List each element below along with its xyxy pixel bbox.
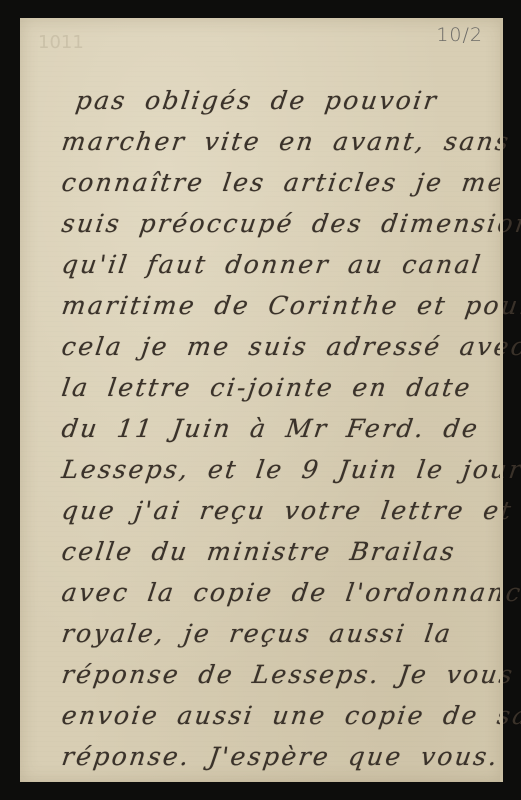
text-line-4: suis préoccupé des dimensions bbox=[59, 203, 495, 244]
text-line-7: cela je me suis adressé avec bbox=[59, 326, 495, 367]
text-line-8: la lettre ci-jointe en date bbox=[59, 367, 495, 408]
paper-sheet: 1011 10/2 pas obligés de pouvoir marcher… bbox=[20, 18, 503, 782]
text-line-5: qu'il faut donner au canal bbox=[59, 244, 495, 285]
text-line-13: avec la copie de l'ordonnance bbox=[59, 572, 495, 613]
text-line-6: maritime de Corinthe et pour bbox=[59, 285, 495, 326]
text-line-12: celle du ministre Brailas bbox=[59, 531, 495, 572]
text-line-14: royale, je reçus aussi la bbox=[59, 613, 495, 654]
handwritten-text: pas obligés de pouvoir marcher vite en a… bbox=[62, 80, 492, 777]
text-line-15: réponse de Lesseps. Je vous bbox=[59, 654, 495, 695]
text-line-17: réponse. J'espère que vous. bbox=[59, 736, 495, 777]
scanned-page: 1011 10/2 pas obligés de pouvoir marcher… bbox=[0, 0, 521, 800]
folio-number: 10/2 bbox=[436, 24, 483, 46]
text-line-1: pas obligés de pouvoir bbox=[59, 80, 495, 121]
text-line-3: connaître les articles je me bbox=[59, 162, 495, 203]
text-line-9: du 11 Juin à Mr Ferd. de bbox=[59, 408, 495, 449]
text-line-11: que j'ai reçu votre lettre et bbox=[59, 490, 495, 531]
text-line-2: marcher vite en avant, sans bbox=[59, 121, 495, 162]
text-line-10: Lesseps, et le 9 Juin le jour bbox=[59, 449, 495, 490]
text-line-16: envoie aussi une copie de sa bbox=[59, 695, 495, 736]
faded-bleed-through-mark: 1011 bbox=[38, 32, 84, 53]
